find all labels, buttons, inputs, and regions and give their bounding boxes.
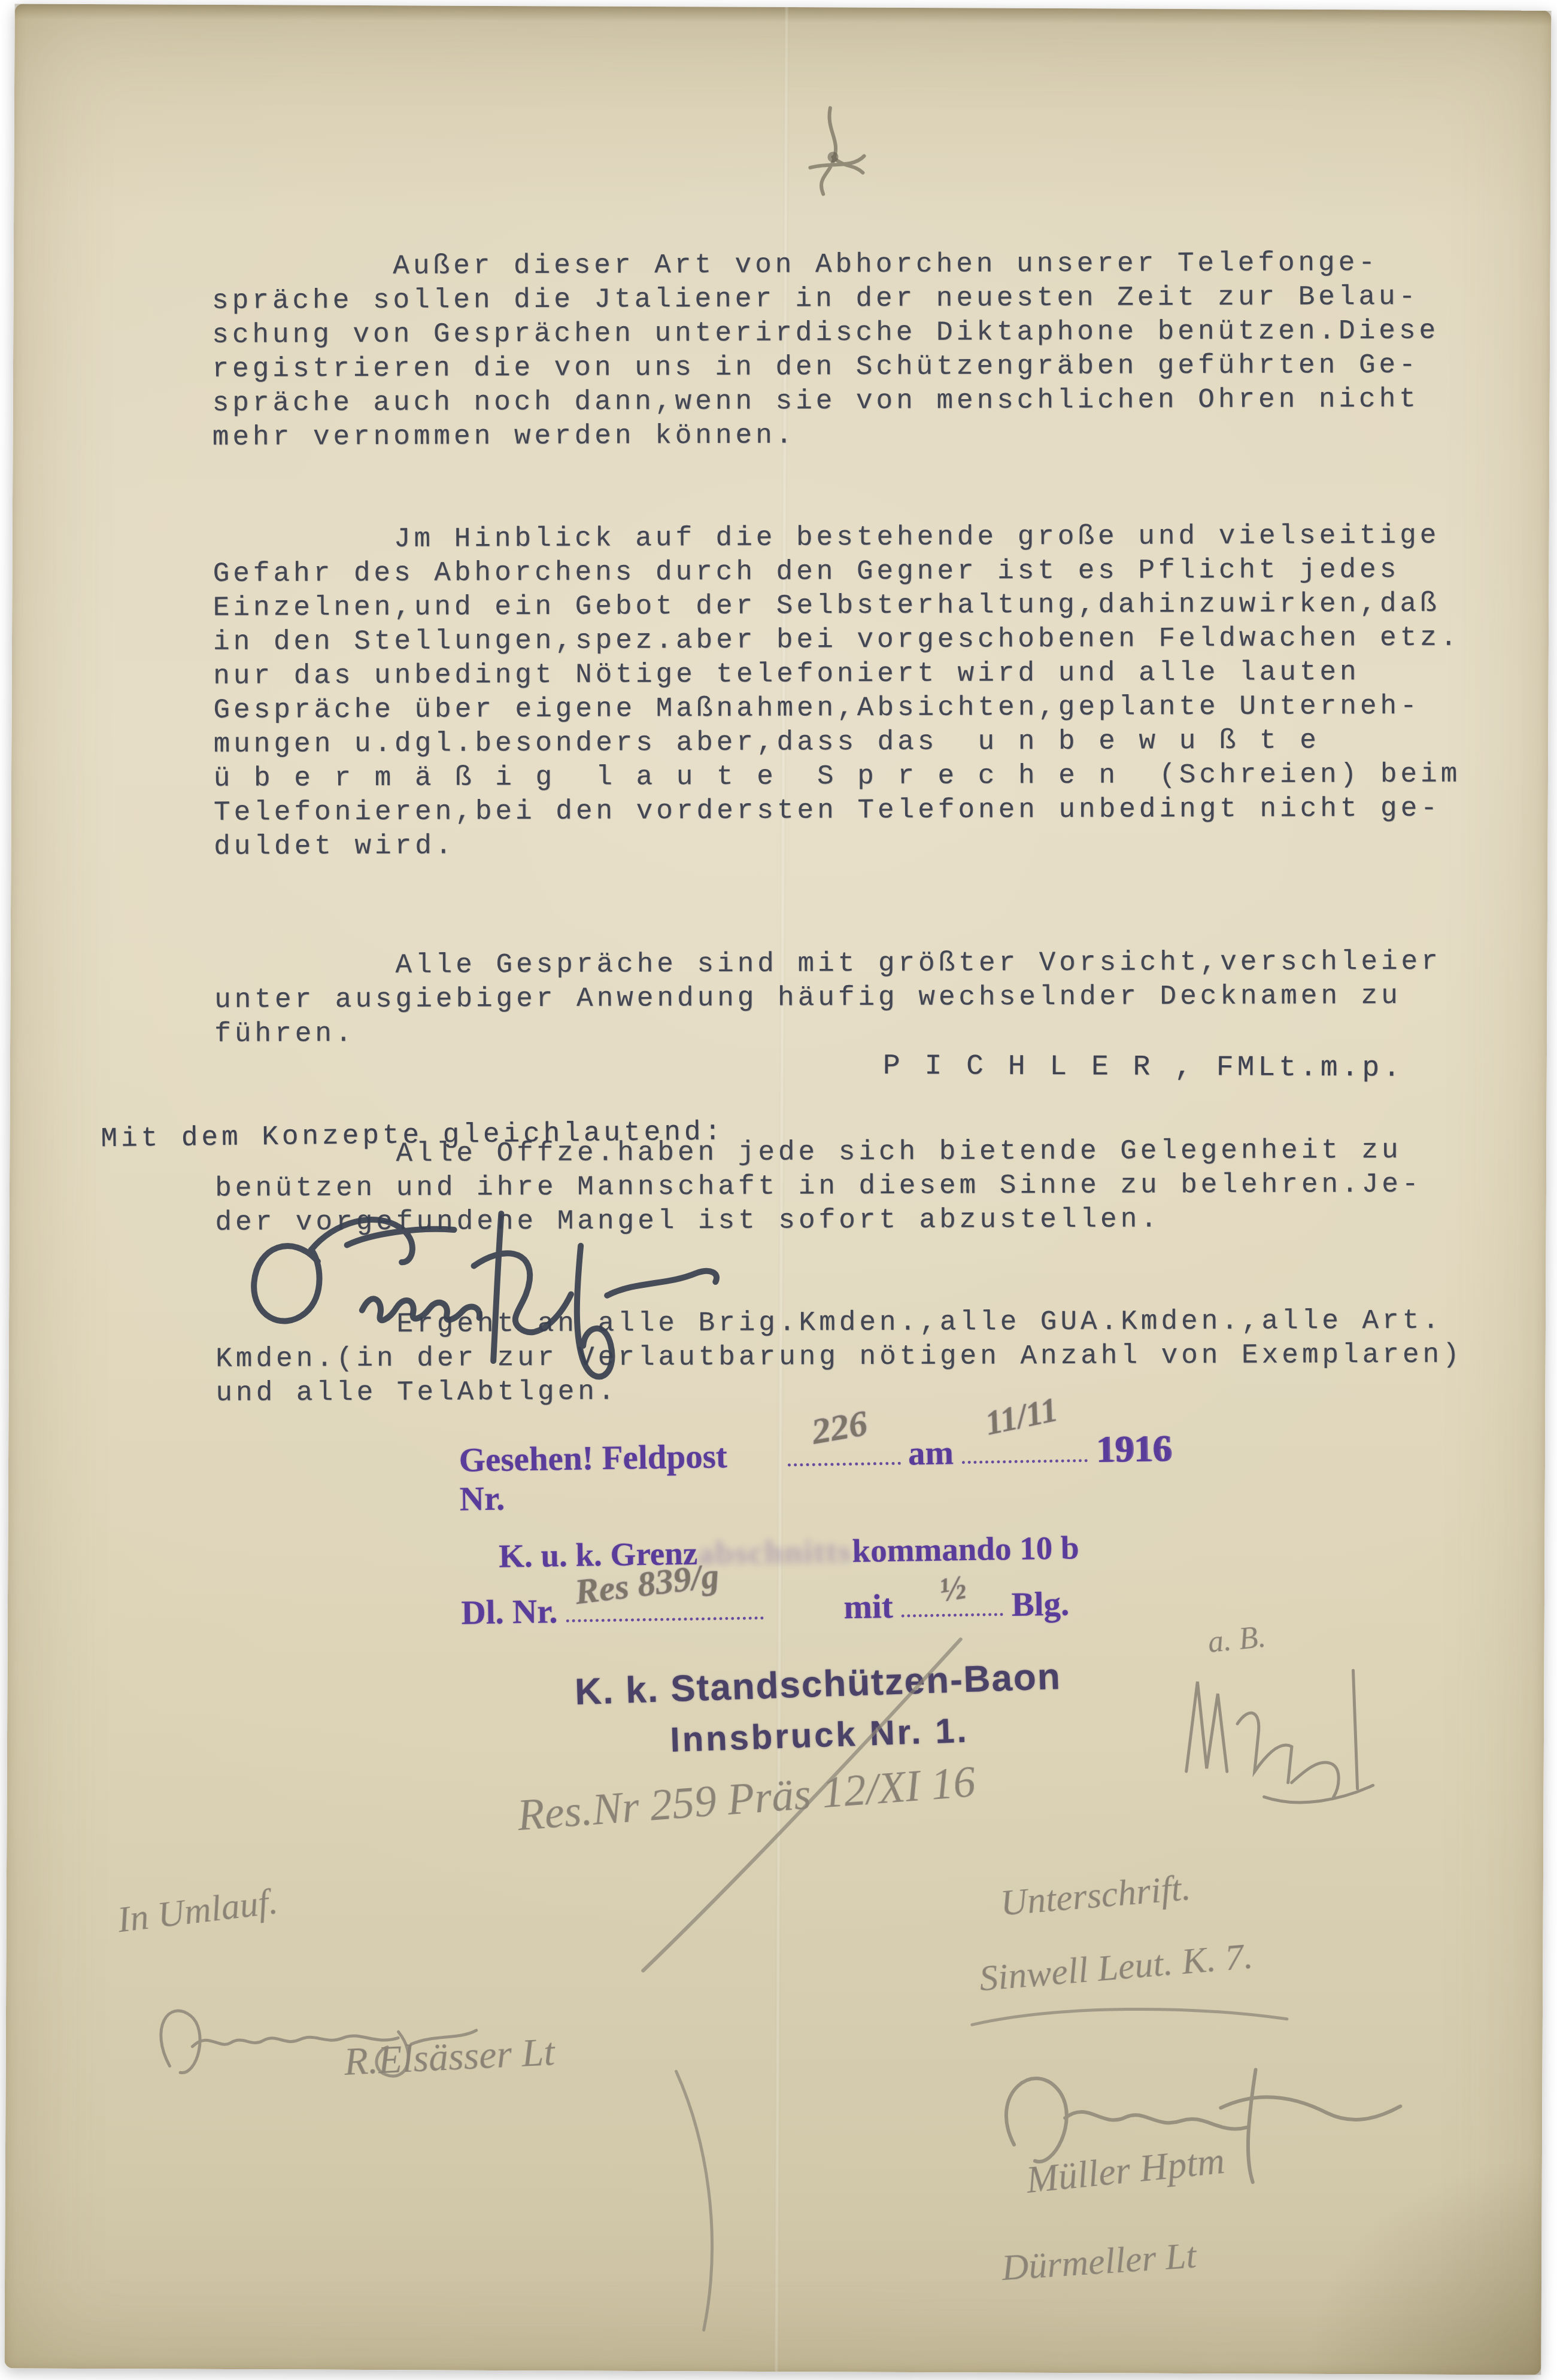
ink-signature-hirsch	[218, 1169, 745, 1451]
pencil-note-umlauf: In Umlauf.	[115, 1880, 280, 1941]
pencil-elsaesser-flourish	[651, 2059, 772, 2347]
blg-label: Blg.	[1011, 1585, 1070, 1624]
am-label: am	[908, 1433, 954, 1473]
grenz-line-faded: abschnitts	[697, 1532, 852, 1572]
pencil-signature-mang	[1162, 1646, 1474, 1814]
paragraph-3: Alle Gespräche sind mit größter Vorsicht…	[214, 944, 1496, 1051]
feldpost-stamp: Gesehen! Feldpost Nr. am 1916 226 11/11 …	[459, 1427, 1174, 1633]
pichler-signature-line: P I C H L E R , FMLt.m.p.	[883, 1050, 1404, 1085]
scanned-document: Außer dieser Art von Abhorchen unserer T…	[0, 0, 1557, 2380]
paragraph-2: Jm Hinblick auf die bestehende große und…	[213, 518, 1495, 864]
gesehen-feldpost-label: Gesehen! Feldpost Nr.	[459, 1436, 781, 1519]
dl-nr-label: Dl. Nr.	[461, 1592, 558, 1632]
date-dotted-line	[962, 1439, 1088, 1464]
pencil-note-unterschrift: Unterschrift.	[998, 1867, 1192, 1925]
pencil-note-sinwell: Sinwell Leut. K. 7.	[978, 1935, 1254, 2001]
paragraph-1: Außer dieser Art von Abhorchen unserer T…	[212, 245, 1494, 454]
pencil-signature-duermeller: Dürmeller Lt	[1000, 2235, 1197, 2290]
year-label: 1916	[1095, 1427, 1171, 1472]
pencil-signature-wallpach	[130, 1946, 546, 2110]
paper-top-edge-shading	[15, 4, 1552, 26]
paper-sheet: Außer dieser Art von Abhorchen unserer T…	[4, 4, 1551, 2375]
grenz-line-end: kommando 10 b	[852, 1528, 1079, 1570]
pencil-blg-value: ½	[937, 1567, 969, 1610]
